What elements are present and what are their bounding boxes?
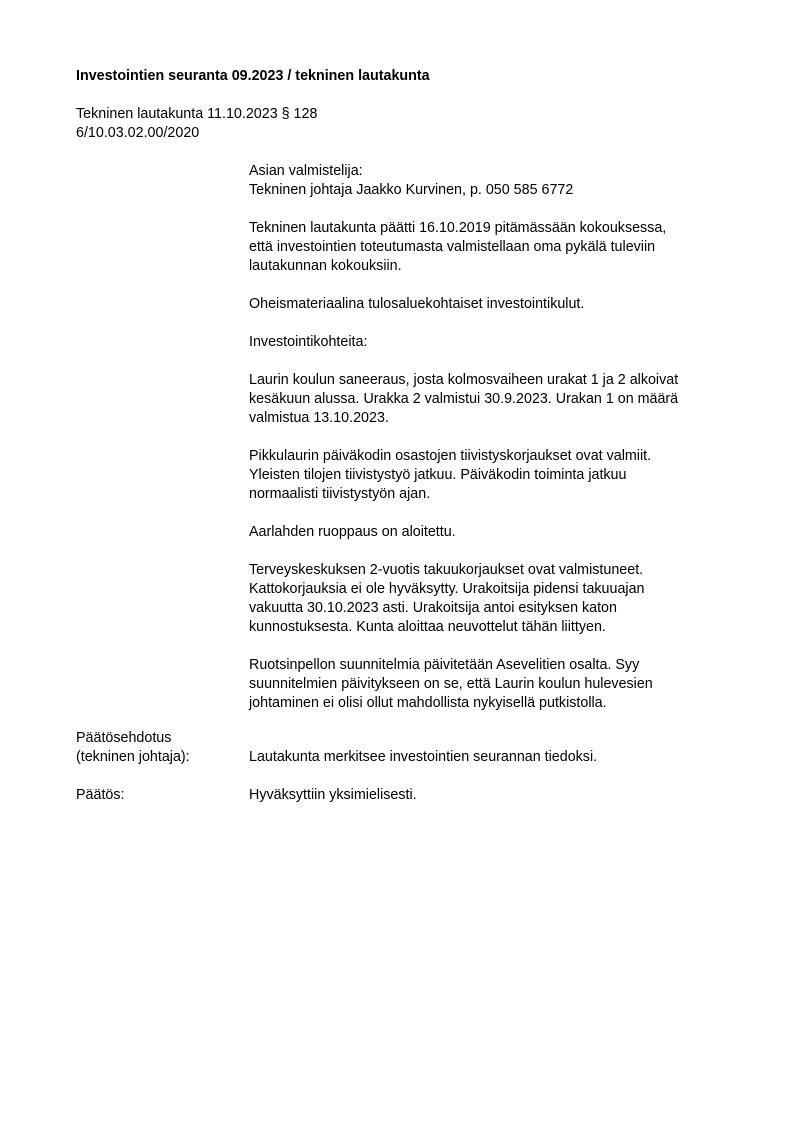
paragraph: Tekninen lautakunta päätti 16.10.2019 pi… [249, 219, 739, 276]
paragraph-list: Tekninen lautakunta päätti 16.10.2019 pi… [249, 219, 739, 713]
body-text: Asian valmistelija: Tekninen johtaja Jaa… [249, 162, 739, 732]
meeting-reference: Tekninen lautakunta 11.10.2023 § 128 [76, 105, 317, 124]
paragraph-line: Laurin koulun saneeraus, josta kolmosvai… [249, 371, 739, 390]
preparer-block: Asian valmistelija: Tekninen johtaja Jaa… [249, 162, 739, 200]
paragraph-line: normaalisti tiivistystyön ajan. [249, 485, 739, 504]
paragraph-line: Terveyskeskuksen 2-vuotis takuukorjaukse… [249, 561, 739, 580]
paragraph-line: valmistua 13.10.2023. [249, 409, 739, 428]
decision-label: Päätös: [76, 786, 124, 805]
proposal-label-line1: Päätösehdotus [76, 729, 171, 748]
paragraph: Aarlahden ruoppaus on aloitettu. [249, 523, 739, 542]
paragraph-line: lautakunnan kokouksiin. [249, 257, 739, 276]
decision-text: Hyväksyttiin yksimielisesti. [249, 786, 417, 805]
proposal-label-line2: (tekninen johtaja): [76, 748, 190, 767]
paragraph-line: Kattokorjauksia ei ole hyväksytty. Urako… [249, 580, 739, 599]
paragraph-line: Ruotsinpellon suunnitelmia päivitetään A… [249, 656, 739, 675]
paragraph-line: Aarlahden ruoppaus on aloitettu. [249, 523, 739, 542]
paragraph-line: vakuutta 30.10.2023 asti. Urakoitsija an… [249, 599, 739, 618]
paragraph-line: johtaminen ei olisi ollut mahdollista ny… [249, 694, 739, 713]
proposal-text: Lautakunta merkitsee investointien seura… [249, 748, 597, 767]
document-number: 6/10.03.02.00/2020 [76, 124, 199, 143]
paragraph-line: Pikkulaurin päiväkodin osastojen tiivist… [249, 447, 739, 466]
paragraph: Investointikohteita: [249, 333, 739, 352]
preparer-label: Asian valmistelija: [249, 162, 739, 181]
paragraph: Laurin koulun saneeraus, josta kolmosvai… [249, 371, 739, 428]
paragraph-line: kunnostuksesta. Kunta aloittaa neuvottel… [249, 618, 739, 637]
paragraph: Terveyskeskuksen 2-vuotis takuukorjaukse… [249, 561, 739, 637]
document-title: Investointien seuranta 09.2023 / teknine… [76, 67, 430, 86]
paragraph-line: Oheismateriaalina tulosaluekohtaiset inv… [249, 295, 739, 314]
paragraph-line: Yleisten tilojen tiivistystyö jatkuu. Pä… [249, 466, 739, 485]
paragraph-line: Investointikohteita: [249, 333, 739, 352]
paragraph: Oheismateriaalina tulosaluekohtaiset inv… [249, 295, 739, 314]
paragraph: Pikkulaurin päiväkodin osastojen tiivist… [249, 447, 739, 504]
paragraph-line: Tekninen lautakunta päätti 16.10.2019 pi… [249, 219, 739, 238]
document-page: Investointien seuranta 09.2023 / teknine… [0, 0, 794, 1122]
paragraph-line: suunnitelmien päivitykseen on se, että L… [249, 675, 739, 694]
paragraph-line: että investointien toteutumasta valmiste… [249, 238, 739, 257]
paragraph-line: kesäkuun alussa. Urakka 2 valmistui 30.9… [249, 390, 739, 409]
paragraph: Ruotsinpellon suunnitelmia päivitetään A… [249, 656, 739, 713]
preparer-name: Tekninen johtaja Jaakko Kurvinen, p. 050… [249, 181, 739, 200]
